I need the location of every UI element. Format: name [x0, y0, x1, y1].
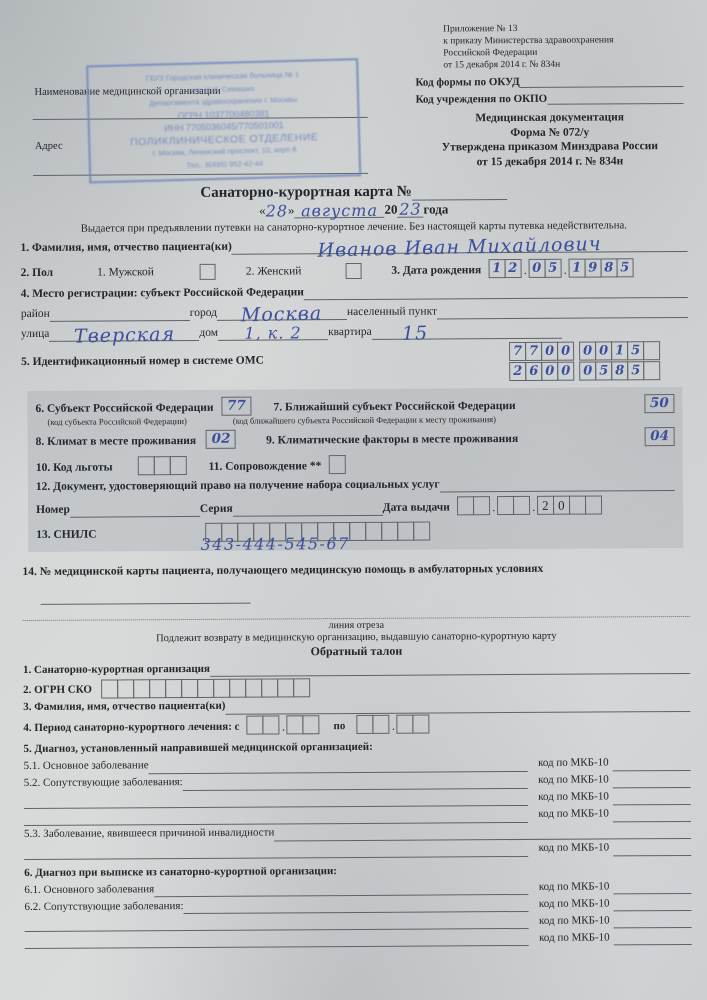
coupon4-to-label: по — [333, 719, 345, 735]
male-label: 1. Мужской — [97, 265, 154, 280]
doc-issue-date-grid: ..20 — [458, 495, 602, 515]
mkb-line — [613, 880, 691, 894]
field8-value-box: 02 — [206, 430, 236, 449]
field8-label: 8. Климат в месте проживания — [36, 434, 197, 450]
coupon61-label: 6.1. Основного заболевания — [24, 882, 154, 898]
field12-label: 12. Документ, удостоверяющий право на по… — [36, 477, 440, 494]
scanned-form-photo: Наименование медицинской организации Адр… — [0, 0, 707, 1000]
mkb-label: код по МКБ-10 — [538, 772, 609, 788]
field10-label: 10. Код льготы — [36, 460, 113, 475]
coupon51-line — [149, 757, 529, 773]
mkb-line — [613, 841, 691, 855]
mkb-line — [614, 914, 692, 928]
mkb-label: код по МКБ-10 — [538, 806, 609, 822]
field4-label: 4. Место регистрации: субъект Российской… — [21, 285, 304, 302]
field6-note: (код субъекта Российской Федерации) — [47, 416, 186, 427]
mkb-label: код по МКБ-10 — [539, 840, 610, 856]
mkb-label: код по МКБ-10 — [538, 789, 609, 805]
street-value: Тверская — [74, 326, 175, 344]
coupon52-line — [183, 774, 529, 790]
escort-grid — [329, 455, 345, 474]
city-line: Москва — [217, 306, 347, 321]
field12-line — [440, 477, 675, 492]
coupon62-line — [183, 898, 529, 914]
org-address-label: Адрес — [35, 141, 63, 152]
doc-number-line — [70, 503, 200, 518]
field6-value-box: 77 — [221, 397, 251, 416]
field9-value-box: 04 — [645, 427, 675, 446]
oms-grid-row2: 26000585 — [510, 361, 660, 381]
oms-grid-row1: 77000015 — [510, 341, 660, 361]
extra-line — [24, 808, 529, 825]
mkb-line — [613, 773, 691, 787]
meddoc-line: Медицинская документация — [416, 110, 684, 126]
coupon62-label: 6.2. Сопутствующие заболевания: — [24, 899, 183, 915]
coupon4-label: 4. Период санаторно-курортного лечения: … — [23, 719, 239, 736]
field9-label: 9. Климатические факторы в месте прожива… — [266, 432, 518, 449]
apt-line: 15 — [372, 325, 562, 340]
doc-series-line — [233, 502, 383, 517]
coupon52-label: 5.2. Сопутствующие заболевания: — [24, 775, 183, 791]
mkb-label: код по МКБ-10 — [538, 755, 609, 771]
mkb-line — [613, 807, 691, 821]
card-month-line: августа — [294, 204, 384, 219]
field11-label: 11. Сопровождение ** — [209, 459, 322, 475]
ogrn-sko-grid — [102, 678, 310, 698]
clinic-stamp: ГБУЗ Городская клиническая больница № 1 … — [86, 58, 361, 183]
mkb-line — [614, 931, 692, 945]
field7-note: (код ближайшего субъекта Российской Феде… — [233, 414, 496, 426]
patient-name-value: Иванов Иван Михайлович — [317, 236, 601, 259]
field14-label: 14. № медицинской карты пациента, получа… — [22, 562, 543, 580]
mkb-line — [613, 897, 691, 911]
mkb-label: код по МКБ-10 — [539, 913, 610, 929]
mkb-label: код по МКБ-10 — [539, 930, 610, 946]
header-right: Приложение № 13 к приказу Министерства з… — [415, 22, 684, 170]
card-year-value: 23 — [397, 203, 423, 218]
coupon1-line — [210, 660, 690, 677]
okud-line — [520, 73, 684, 88]
house-value: 1, к. 2 — [244, 326, 301, 340]
snils-value: 343-444-545-67 — [201, 536, 350, 552]
okud-label: Код формы по ОКУД — [415, 76, 519, 89]
coupon61-line — [154, 881, 529, 897]
coupon53-label: 5.3. Заболевание, явившееся причиной инв… — [24, 825, 274, 842]
dob-grid: 12.05.1985 — [489, 258, 633, 278]
period-from-grid: . — [247, 715, 319, 734]
meddoc-line: от 15 декабря 2014 г. № 834н — [416, 153, 684, 169]
field7-label: 7. Ближайший субъект Российской Федераци… — [273, 399, 515, 415]
house-label: дом — [199, 326, 218, 341]
mkb-line — [613, 790, 691, 804]
settlement-label: населенный пункт — [347, 304, 437, 320]
okpo-label: Код учреждения по ОКПО — [416, 93, 548, 106]
sex-label: 2. Пол — [21, 266, 54, 281]
district-line — [50, 307, 190, 322]
mkb-label: код по МКБ-10 — [539, 896, 610, 912]
field1-label: 1. Фамилия, имя, отчество пациента(ки) — [20, 240, 231, 256]
card-month-value: августа — [301, 204, 378, 218]
coupon51-label: 5.1. Основное заболевание — [24, 758, 149, 774]
coupon3-label: 3. Фамилия, имя, отчество пациента(ки) — [23, 699, 225, 716]
extra-line — [25, 915, 530, 932]
field13-label: 13. СНИЛС — [36, 528, 96, 543]
codes-panel: 6. Субъект Российской Федерации 77 7. Бл… — [27, 387, 683, 552]
benefit-code-grid — [139, 456, 187, 475]
card-day-value: 28 — [266, 204, 288, 218]
coupon3-line — [225, 697, 690, 714]
stamp-phone: Тел.: 8(495) 952-42-44 — [186, 157, 263, 172]
patient-name-line: Иванов Иван Михайлович — [232, 238, 688, 255]
extra-line — [25, 932, 530, 949]
year-century: 20 — [384, 202, 397, 218]
dob-label: 3. Дата рождения — [391, 263, 481, 279]
coupon53-line — [274, 824, 691, 841]
region-line — [304, 284, 688, 300]
mkb-label: код по МКБ-10 — [539, 879, 610, 895]
street-line: Тверская — [49, 327, 199, 342]
male-checkbox — [200, 264, 216, 280]
extra-line — [24, 791, 529, 808]
coupon6-label: 6. Диагноз при выписке из санаторно-куро… — [24, 864, 337, 881]
city-label: город — [190, 306, 217, 321]
apt-label: квартира — [328, 325, 372, 340]
form-title: Санаторно-курортная карта № — [200, 184, 412, 202]
field14-line — [41, 603, 251, 605]
year-word: года — [423, 201, 448, 217]
mkb-line — [613, 756, 691, 770]
doc-issue-date-label: Дата выдачи — [383, 500, 450, 515]
extra-line — [24, 842, 529, 859]
district-label: район — [21, 307, 50, 322]
field7-value-box: 50 — [644, 394, 674, 413]
female-label: 2. Женский — [246, 264, 302, 279]
meddoc-line: Утверждена приказом Минздрава России — [416, 139, 684, 155]
card-number-line — [412, 186, 507, 201]
coupon1-label: 1. Санаторно-курортная организация — [23, 661, 210, 678]
house-line: 1, к. 2 — [218, 326, 328, 341]
doc-number-label: Номер — [36, 503, 70, 518]
appendix-line: от 15 декабря 2014 г. № 834н — [443, 58, 683, 71]
street-label: улица — [21, 327, 49, 342]
period-to-grid: . — [357, 715, 429, 734]
apt-value: 15 — [401, 325, 428, 342]
city-value: Москва — [241, 305, 323, 323]
header-left: Наименование медицинской организации Адр… — [32, 55, 368, 187]
female-checkbox — [345, 263, 361, 279]
settlement-line — [437, 304, 688, 320]
coupon2-label: 2. ОГРН СКО — [23, 683, 92, 699]
okpo-line — [547, 90, 683, 105]
coupon5-label: 5. Диагноз, установленный направившей ме… — [23, 740, 372, 758]
doc-series-label: Серия — [200, 502, 233, 517]
field5-label: 5. Идентификационный номер в системе ОМС — [21, 354, 264, 370]
field6-label: 6. Субъект Российской Федерации — [35, 401, 213, 417]
meddoc-line: Форма № 072/у — [416, 124, 684, 140]
